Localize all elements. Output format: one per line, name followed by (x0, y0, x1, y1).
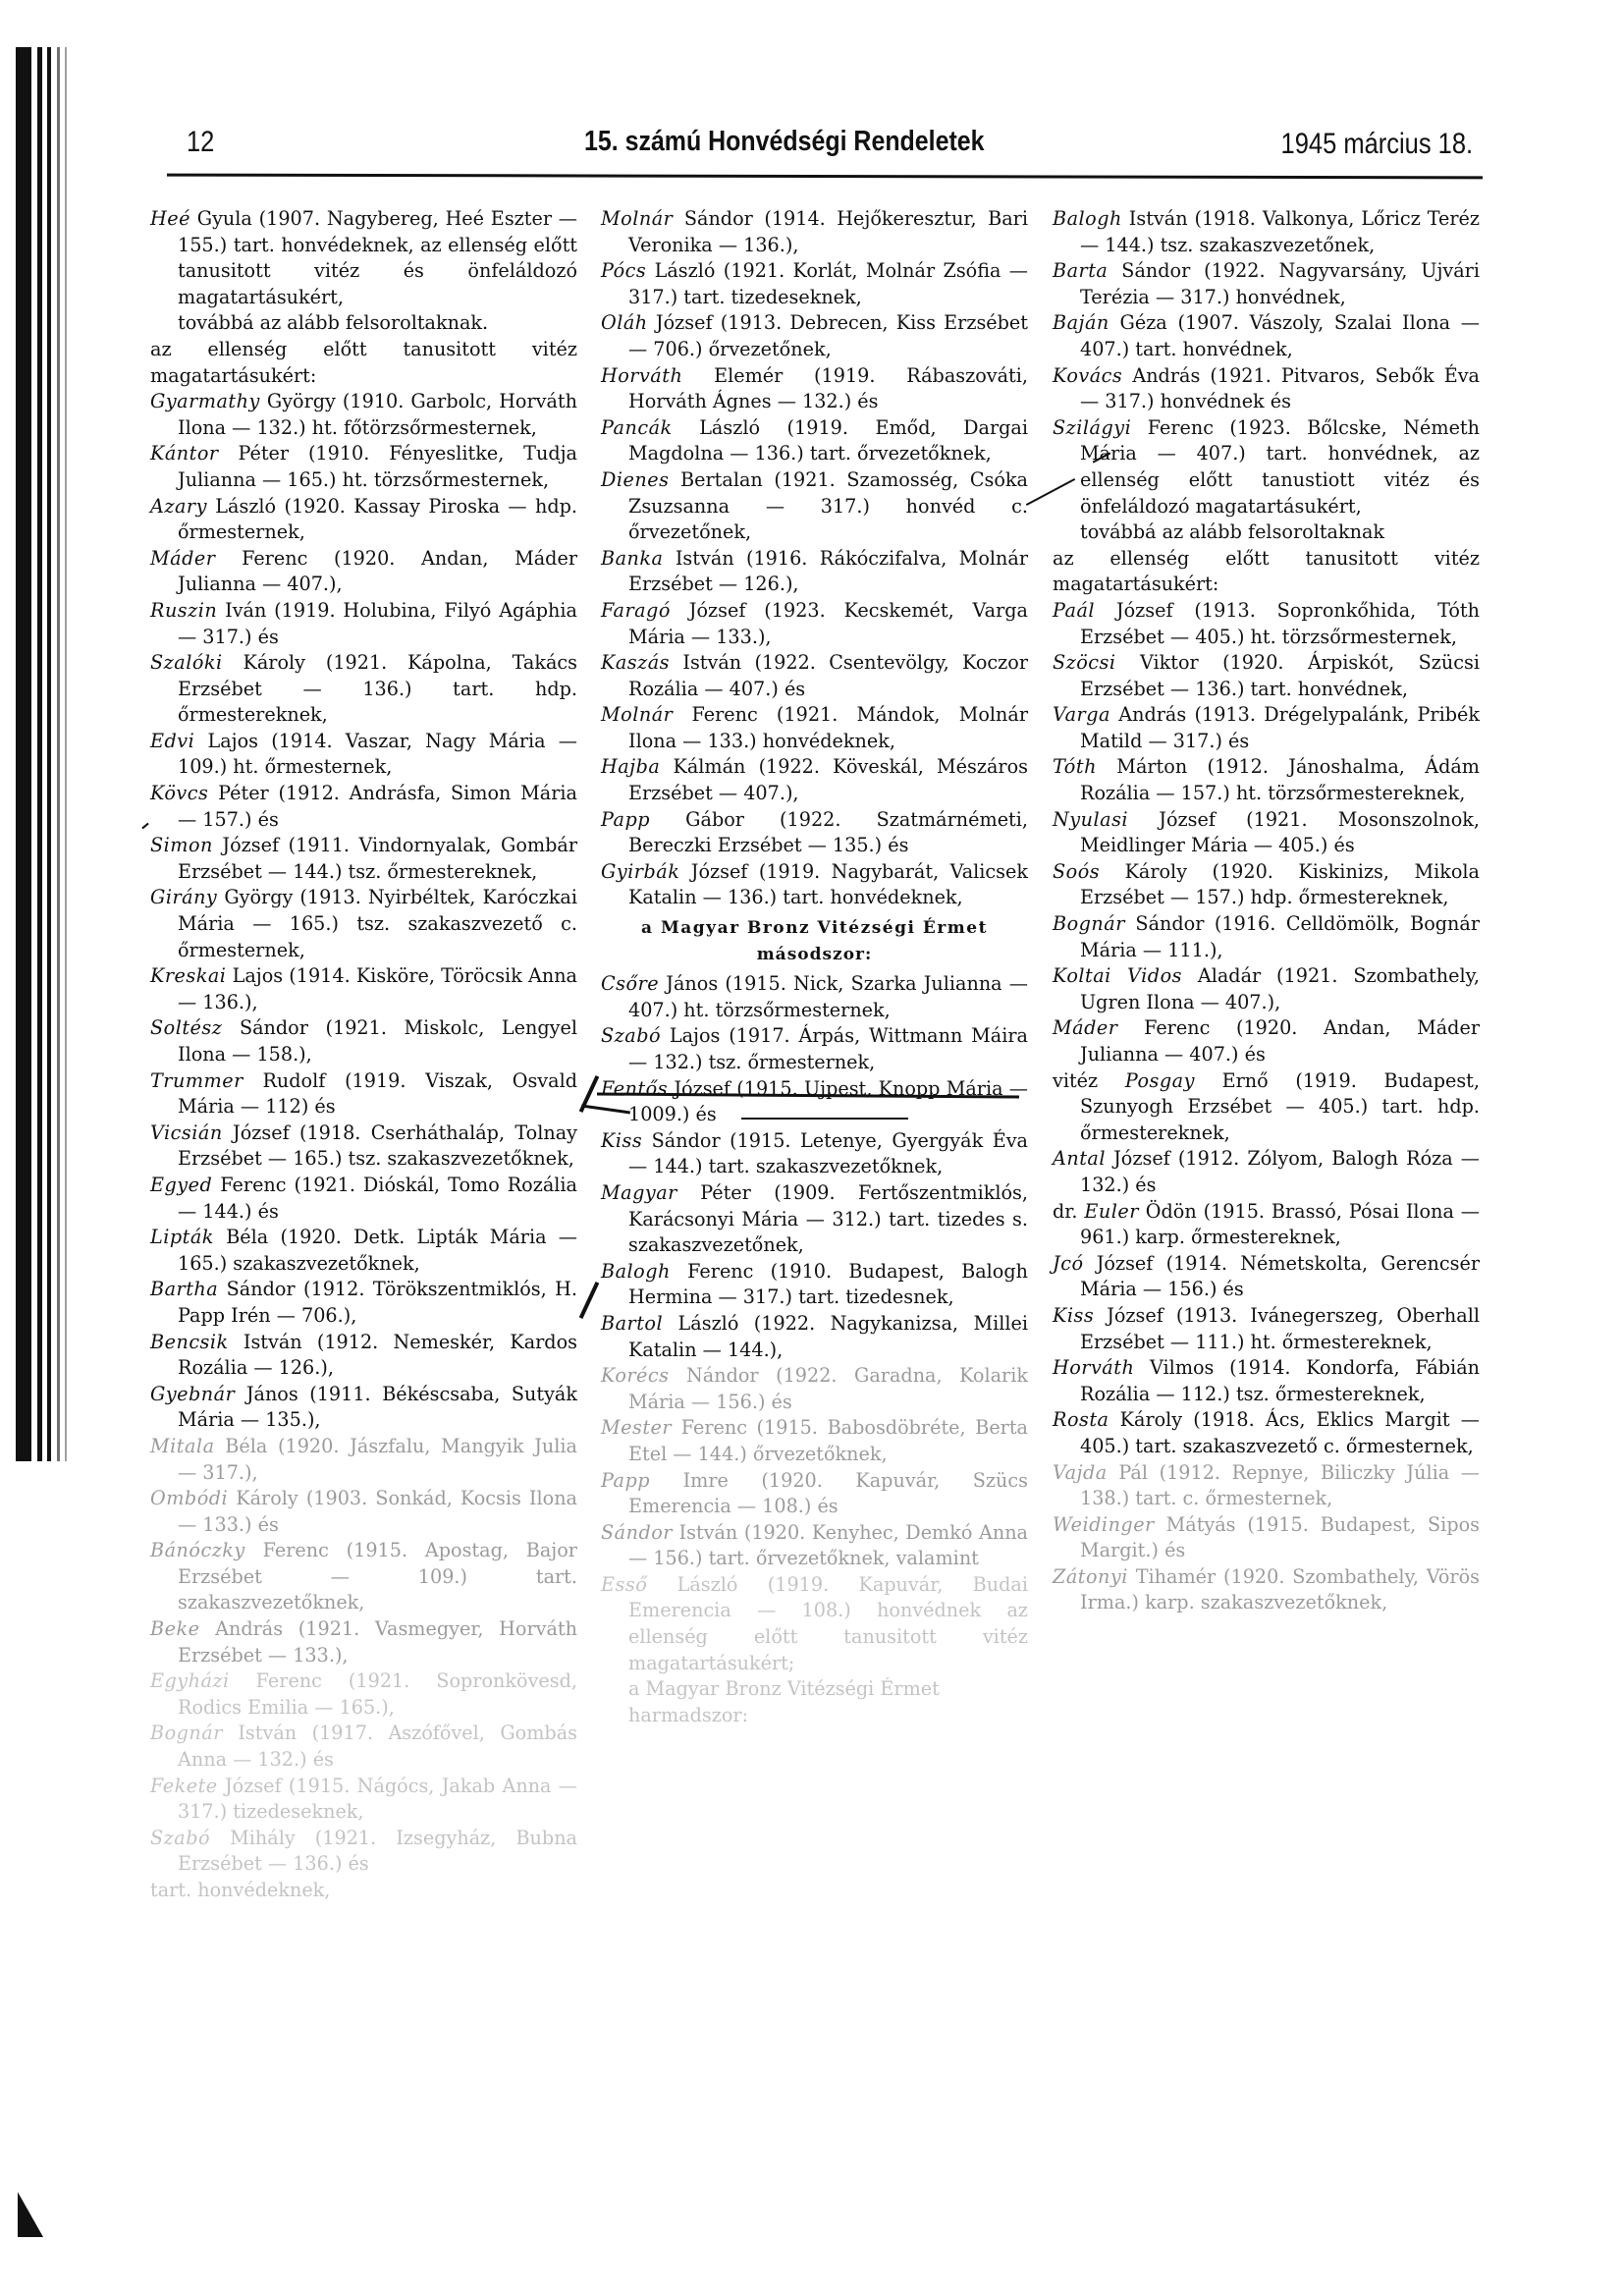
entry-details: József (1913. Ivánegerszeg, Oberhall Erz… (1080, 1304, 1480, 1353)
surname: Bartol (601, 1312, 663, 1335)
entry-details: Lajos (1914. Vaszar, Nagy Mária — 109.) … (178, 730, 577, 779)
surname: Szilágyi (1053, 416, 1131, 439)
decoration-entry: Balogh István (1918. Valkonya, Lőricz Te… (1053, 206, 1480, 258)
issue-date: 1945 március 18. (1280, 128, 1473, 161)
surname: Gyebnár (150, 1383, 235, 1405)
entry-details: Károly (1921. Kápolna, Takács Erzsébet —… (178, 651, 577, 726)
surname: Simon (150, 834, 213, 856)
surname: Horváth (601, 364, 682, 387)
entry-details: József (1913. Debrecen, Kiss Erzsébet — … (628, 311, 1028, 360)
surname: Tóth (1053, 755, 1097, 778)
decoration-entry: Rosta Károly (1918. Ács, Eklics Margit —… (1053, 1407, 1480, 1459)
decoration-entry: Dienes Bertalan (1921. Szamosség, Csóka … (601, 467, 1028, 546)
surname: Bognár (1053, 912, 1125, 935)
entry-details: János (1915. Nick, Szarka Julianna — 407… (628, 972, 1028, 1021)
pencil-mark (141, 823, 148, 830)
entry-details: József (1923. Kecskemét, Varga Mária — 1… (628, 599, 1028, 648)
surname: Molnár (601, 703, 673, 726)
entry-details: András (1913. Drégelypalánk, Pribék Mati… (1080, 703, 1480, 752)
surname: Vajda (1053, 1461, 1108, 1484)
entry-details: Sándor (1922. Nagyvarsány, Ujvári Terézi… (1080, 259, 1480, 308)
entry-details: Sándor (1912. Törökszentmiklós, H. Papp … (178, 1278, 577, 1327)
decoration-entry: Girány György (1913. Nyirbéltek, Karóczk… (150, 885, 577, 963)
surname: Bognár (150, 1722, 223, 1744)
decoration-entry: Kaszás István (1922. Csentevölgy, Koczor… (601, 650, 1028, 702)
entry-details: Gyula (1907. Nagybereg, Heé Eszter — 155… (178, 207, 577, 308)
entry-details: Péter (1909. Fertőszentmiklós, Karácsony… (628, 1181, 1028, 1256)
decoration-entry: Antal József (1912. Zólyom, Balogh Róza … (1053, 1146, 1480, 1198)
entry-details: Márton (1912. Jánoshalma, Ádám Rozália —… (1080, 755, 1480, 804)
decoration-entry: Azary László (1920. Kassay Piroska — hdp… (150, 494, 577, 546)
entry-details: Imre (1920. Kapuvár, Szücs Emerencia — 1… (628, 1469, 1028, 1518)
scan-corner-mark (18, 2192, 43, 2237)
decoration-entry: Kiss József (1913. Ivánegerszeg, Oberhal… (1053, 1303, 1480, 1355)
decoration-entry: Fentős József (1915. Ujpest, Knopp Mária… (601, 1076, 1028, 1128)
name-prefix: dr. (1053, 1200, 1084, 1223)
surname: Szöcsi (1053, 651, 1116, 674)
surname: Azary (150, 495, 207, 518)
header-rule (167, 174, 1483, 180)
page-header: 12 15. számú Honvédségi Rendeletek 1945 … (167, 126, 1473, 173)
entry-details: József (1914. Németskolta, Gerencsér Már… (1080, 1252, 1480, 1301)
decoration-entry: Pancák László (1919. Emőd, Dargai Magdol… (601, 415, 1028, 467)
entry-details: István (1920. Kenyhec, Demkó Anna — 156.… (628, 1521, 1028, 1570)
decoration-entry: Horváth Vilmos (1914. Kondorfa, Fábián R… (1053, 1355, 1480, 1407)
body-paragraph: az ellenség előtt tanusitott vitéz magat… (150, 337, 577, 389)
decoration-entry: Sándor István (1920. Kenyhec, Demkó Anna… (601, 1520, 1028, 1572)
entry-details: Iván (1919. Holubina, Filyó Agáphia — 31… (178, 599, 577, 648)
entry-details: József (1915. Nágócs, Jakab Anna — 317.)… (178, 1775, 577, 1824)
surname: Varga (1053, 703, 1110, 726)
decoration-entry: Csőre János (1915. Nick, Szarka Julianna… (601, 971, 1028, 1023)
surname: Mitala (150, 1435, 215, 1457)
decoration-entry: Vicsián József (1918. Cserháthaláp, Toln… (150, 1121, 577, 1173)
entry-details: István (1917. Aszófővel, Gombás Anna — 1… (178, 1722, 577, 1771)
decoration-entry: Bognár István (1917. Aszófővel, Gombás A… (150, 1721, 577, 1773)
decoration-entry: Balogh Ferenc (1910. Budapest, Balogh He… (601, 1259, 1028, 1311)
surname: Papp (601, 808, 650, 831)
surname: Barta (1053, 259, 1108, 282)
decoration-entry: Molnár Sándor (1914. Hejőkeresztur, Bari… (601, 206, 1028, 258)
surname: Kiss (1053, 1304, 1094, 1327)
surname: Heé (150, 207, 190, 230)
surname: Lipták (150, 1226, 214, 1248)
entry-details: Bertalan (1921. Szamosség, Csóka Zsuzsan… (628, 468, 1028, 543)
surname: Baján (1053, 311, 1109, 334)
surname: Banka (601, 547, 663, 570)
entry-details: Lajos (1914. Kisköre, Töröcsik Anna — 13… (178, 964, 577, 1013)
entry-details: Péter (1912. Andrásfa, Simon Mária — 157… (178, 782, 577, 831)
entry-details: István (1916. Rákóczifalva, Molnár Erzsé… (628, 547, 1028, 596)
entry-details: József (1919. Nagybarát, Valicsek Katali… (628, 860, 1028, 909)
surname: Szalóki (150, 651, 223, 674)
surname: Horváth (1053, 1356, 1134, 1379)
decoration-entry: Zátonyi Tihamér (1920. Szombathely, Vörö… (1053, 1564, 1480, 1616)
surname: Máder (150, 547, 215, 570)
surname: Kovács (1053, 364, 1122, 387)
entry-details: Béla (1920. Detk. Lipták Mária — 165.) s… (178, 1226, 577, 1275)
decoration-entry: Ruszin Iván (1919. Holubina, Filyó Agáph… (150, 598, 577, 650)
surname: Rosta (1053, 1408, 1109, 1431)
entry-details: Vilmos (1914. Kondorfa, Fábián Rozália —… (1080, 1356, 1480, 1405)
decoration-entry: Kántor Péter (1910. Fényeslitke, Tudja J… (150, 441, 577, 493)
surname: Nyulasi (1053, 808, 1128, 831)
entry-details: Kálmán (1922. Köveskál, Mészáros Erzsébe… (628, 755, 1028, 804)
surname: Antal (1053, 1147, 1106, 1170)
entry-details: Géza (1907. Vászoly, Szalai Ilona — 407.… (1080, 311, 1480, 360)
entry-details: József (1912. Zólyom, Balogh Róza — 132.… (1080, 1147, 1480, 1196)
entry-details: András (1921. Pitvaros, Sebők Éva — 317.… (1080, 364, 1480, 413)
decoration-entry: Pócs László (1921. Korlát, Molnár Zsófia… (601, 258, 1028, 310)
surname: Fentős (601, 1077, 668, 1100)
decoration-entry: Korécs Nándor (1922. Garadna, Kolarik Má… (601, 1363, 1028, 1415)
decoration-entry: Mester Ferenc (1915. Babosdöbréte, Berta… (601, 1415, 1028, 1467)
surname: Egyed (150, 1174, 212, 1196)
decoration-entry: Oláh József (1913. Debrecen, Kiss Erzséb… (601, 310, 1028, 362)
surname: Egyházi (150, 1669, 230, 1692)
decoration-entry: Tóth Márton (1912. Jánoshalma, Ádám Rozá… (1053, 754, 1480, 806)
decoration-entry: Bognár Sándor (1916. Celldömölk, Bognár … (1053, 911, 1480, 963)
surname: Csőre (601, 972, 659, 995)
pencil-mark (579, 1282, 600, 1319)
entry-details: Ferenc (1910. Budapest, Balogh Hermina —… (628, 1260, 1028, 1309)
decoration-entry: Egyed Ferenc (1921. Dióskál, Tomo Rozáli… (150, 1173, 577, 1225)
column-right: Balogh István (1918. Valkonya, Lőricz Te… (1053, 206, 1480, 1616)
section-title: a Magyar Bronz Vitézségi Érmet (641, 918, 988, 938)
section-heading: a Magyar Bronz Vitézségi Érmetmásodszor: (601, 915, 1028, 967)
surname: Euler (1084, 1200, 1139, 1223)
surname: Fekete (150, 1775, 218, 1797)
decoration-entry: Kovács András (1921. Pitvaros, Sebők Éva… (1053, 363, 1480, 415)
entry-details: László (1922. Nagykanizsa, Millei Katali… (628, 1312, 1028, 1361)
decoration-entry: Bánóczky Ferenc (1915. Apostag, Bajor Er… (150, 1538, 577, 1616)
decoration-entry: Szalóki Károly (1921. Kápolna, Takács Er… (150, 650, 577, 729)
decoration-entry: Hajba Kálmán (1922. Köveskál, Mészáros E… (601, 754, 1028, 806)
decoration-entry: Trummer Rudolf (1919. Viszak, Osvald Már… (150, 1068, 577, 1121)
decoration-entry: Varga András (1913. Drégelypalánk, Pribé… (1053, 702, 1480, 754)
entry-details: Károly (1918. Ács, Eklics Margit — 405.)… (1080, 1408, 1480, 1457)
surname: Ruszin (150, 599, 217, 622)
decoration-entry: Koltai Vidos Aladár (1921. Szombathely, … (1053, 963, 1480, 1015)
name-prefix: vitéz (1053, 1069, 1125, 1092)
entry-details: Mihály (1921. Izsegyház, Bubna Erzsébet … (178, 1827, 577, 1876)
surname: Koltai Vidos (1053, 964, 1182, 987)
entry-details: Károly (1920. Kiskinizs, Mikola Erzsébet… (1080, 860, 1480, 909)
decoration-entry: Barta Sándor (1922. Nagyvarsány, Ujvári … (1053, 258, 1480, 310)
entry-details: Ferenc (1915. Babosdöbréte, Berta Etel —… (628, 1416, 1028, 1465)
surname: Sándor (601, 1521, 673, 1544)
decoration-entry: Fekete József (1915. Nágócs, Jakab Anna … (150, 1774, 577, 1826)
decoration-entry: Papp Gábor (1922. Szatmárnémeti, Bereczk… (601, 807, 1028, 859)
surname: Kövcs (150, 782, 208, 804)
surname: Ombódi (150, 1487, 228, 1509)
entry-details: Ferenc (1921. Mándok, Molnár Ilona — 133… (628, 703, 1028, 752)
surname: Máder (1053, 1016, 1117, 1039)
decoration-entry: Máder Ferenc (1920. Andan, Máder Juliann… (150, 546, 577, 598)
entry-details: Sándor (1916. Celldömölk, Bognár Mária —… (1080, 912, 1480, 961)
entry-details: József (1911. Vindornyalak, Gombár Erzsé… (178, 834, 577, 883)
entry-details: Sándor (1914. Hejőkeresztur, Bari Veroni… (628, 207, 1028, 256)
surname: Bánóczky (150, 1539, 245, 1561)
surname: Papp (601, 1469, 650, 1492)
entry-details: Ferenc (1920. Andan, Máder Julianna — 40… (178, 547, 577, 596)
surname: Szabó (150, 1827, 210, 1849)
surname: Gyarmathy (150, 390, 260, 412)
section-subtitle: másodszor: (601, 942, 1028, 968)
entry-details: József (1918. Cserháthaláp, Tolnay Erzsé… (178, 1121, 577, 1171)
decoration-entry: dr. Euler Ödön (1915. Brassó, Pósai Ilon… (1053, 1199, 1480, 1251)
surname: Paál (1053, 599, 1095, 622)
decoration-entry: Kövcs Péter (1912. Andrásfa, Simon Mária… (150, 781, 577, 833)
entry-details: Ferenc (1920. Andan, Máder Julianna — 40… (1080, 1016, 1480, 1066)
entry-details: Ferenc (1921. Dióskál, Tomo Rozália — 14… (178, 1174, 577, 1223)
entry-details: Ödön (1915. Brassó, Pósai Ilona — 961.) … (1080, 1200, 1480, 1249)
surname: Kántor (150, 442, 219, 465)
surname: Magyar (601, 1181, 677, 1204)
entry-details: György (1913. Nyirbéltek, Karóczkai Mári… (178, 886, 577, 960)
decoration-entry: Vajda Pál (1912. Repnye, Biliczky Júlia … (1053, 1460, 1480, 1512)
decoration-entry: Lipták Béla (1920. Detk. Lipták Mária — … (150, 1225, 577, 1277)
scan-binding-edge (14, 47, 75, 1461)
decoration-entry: Banka István (1916. Rákóczifalva, Molnár… (601, 546, 1028, 598)
surname: Kaszás (601, 651, 670, 674)
surname: Zátonyi (1053, 1565, 1128, 1588)
decoration-entry: Szabó Mihály (1921. Izsegyház, Bubna Erz… (150, 1826, 577, 1878)
entry-details: András (1921. Vasmegyer, Horváth Erzsébe… (178, 1617, 577, 1667)
surname: Bencsik (150, 1331, 229, 1353)
entry-details: Ferenc (1923. Bőlcske, Németh Mária — 40… (1080, 416, 1480, 518)
entry-details: Sándor (1921. Miskolc, Lengyel Ilona — 1… (178, 1016, 577, 1066)
decoration-entry: Bartha Sándor (1912. Törökszentmiklós, H… (150, 1277, 577, 1329)
entry-details: István (1912. Nemeskér, Kardos Rozália —… (178, 1331, 577, 1380)
decoration-entry: Szabó Lajos (1917. Árpás, Wittmann Máira… (601, 1023, 1028, 1075)
entry-details: Pál (1912. Repnye, Biliczky Júlia — 138.… (1080, 1461, 1480, 1510)
surname: Beke (150, 1617, 199, 1640)
column-middle: Molnár Sándor (1914. Hejőkeresztur, Bari… (601, 206, 1028, 1728)
entry-details: László (1920. Kassay Piroska — hdp. őrme… (178, 495, 577, 544)
decoration-entry: Edvi Lajos (1914. Vaszar, Nagy Mária — 1… (150, 729, 577, 781)
surname: Gyirbák (601, 860, 679, 883)
body-paragraph: tart. honvédeknek, (150, 1878, 577, 1904)
column-left: Heé Gyula (1907. Nagybereg, Heé Eszter —… (150, 206, 577, 1904)
surname: Molnár (601, 207, 673, 230)
entry-details: József (1913. Sopronkőhida, Tóth Erzsébe… (1080, 599, 1480, 648)
entry-details: László (1919. Kapuvár, Budai Emerencia —… (628, 1573, 1028, 1674)
body-paragraph: harmadszor: (601, 1703, 1028, 1729)
surname: Szabó (601, 1024, 661, 1047)
entry-details: István (1918. Valkonya, Lőricz Teréz — 1… (1080, 207, 1480, 256)
decoration-entry: Simon József (1911. Vindornyalak, Gombár… (150, 833, 577, 885)
entry-details: Lajos (1917. Árpás, Wittmann Máira — 132… (628, 1024, 1028, 1073)
surname: Edvi (150, 730, 194, 752)
decoration-entry: Baján Géza (1907. Vászoly, Szalai Ilona … (1053, 310, 1480, 362)
decoration-entry: Paál József (1913. Sopronkőhida, Tóth Er… (1053, 598, 1480, 650)
entry-details: László (1919. Emőd, Dargai Magdolna — 13… (628, 416, 1028, 465)
decoration-entry: Esső László (1919. Kapuvár, Budai Emeren… (601, 1572, 1028, 1676)
surname: Oláh (601, 311, 648, 334)
decoration-entry: Ombódi Károly (1903. Sonkád, Kocsis Ilon… (150, 1486, 577, 1538)
decoration-entry: Mitala Béla (1920. Jászfalu, Mangyik Jul… (150, 1434, 577, 1486)
surname: Faragó (601, 599, 671, 622)
body-paragraph: továbbá az alább felsoroltaknak. (150, 310, 577, 337)
surname: Balogh (601, 1260, 671, 1283)
surname: Trummer (150, 1069, 243, 1092)
decoration-entry: Soltész Sándor (1921. Miskolc, Lengyel I… (150, 1015, 577, 1067)
entry-details: Nándor (1922. Garadna, Kolarik Mária — 1… (628, 1364, 1028, 1413)
decoration-entry: Heé Gyula (1907. Nagybereg, Heé Eszter —… (150, 206, 577, 310)
entry-details: Péter (1910. Fényeslitke, Tudja Julianna… (178, 442, 577, 491)
decoration-entry: Nyulasi József (1921. Mosonszolnok, Meid… (1053, 807, 1480, 859)
decoration-entry: Kreskai Lajos (1914. Kisköre, Töröcsik A… (150, 963, 577, 1015)
decoration-entry: Magyar Péter (1909. Fertőszentmiklós, Ka… (601, 1180, 1028, 1259)
decoration-entry: Gyirbák József (1919. Nagybarát, Valicse… (601, 859, 1028, 911)
decoration-entry: Faragó József (1923. Kecskemét, Varga Má… (601, 598, 1028, 650)
surname: Kiss (601, 1129, 642, 1152)
entry-details: Károly (1903. Sonkád, Kocsis Ilona — 133… (178, 1487, 577, 1536)
entry-details: Tihamér (1920. Szombathely, Vörös Irma.)… (1080, 1565, 1480, 1614)
surname: Girány (150, 886, 217, 908)
surname: Balogh (1053, 207, 1122, 230)
decoration-entry: Szilágyi Ferenc (1923. Bőlcske, Németh M… (1053, 415, 1480, 519)
entry-details: János (1911. Békéscsaba, Sutyák Mária — … (178, 1383, 577, 1432)
surname: Soltész (150, 1016, 222, 1039)
surname: Mester (601, 1416, 672, 1439)
surname: Korécs (601, 1364, 670, 1387)
surname: Kreskai (150, 964, 226, 987)
decoration-entry: Papp Imre (1920. Kapuvár, Szücs Emerenci… (601, 1468, 1028, 1520)
entry-details: József (1921. Mosonszolnok, Meidlinger M… (1080, 808, 1480, 857)
body-paragraph: továbbá az alább felsoroltaknak (1053, 519, 1480, 546)
decoration-entry: Máder Ferenc (1920. Andan, Máder Juliann… (1053, 1015, 1480, 1067)
entry-details: Sándor (1915. Letenye, Gyergyák Éva — 14… (628, 1129, 1028, 1178)
decoration-entry: Gyarmathy György (1910. Garbolc, Horváth… (150, 389, 577, 441)
entry-details: Gábor (1922. Szatmárnémeti, Bereczki Erz… (628, 808, 1028, 857)
entry-details: Ferenc (1921. Sopronkövesd, Rodics Emili… (178, 1669, 577, 1719)
surname: Posgay (1125, 1069, 1195, 1092)
decoration-entry: Soós Károly (1920. Kiskinizs, Mikola Erz… (1053, 859, 1480, 911)
entry-details: István (1922. Csentevölgy, Koczor Rozáli… (628, 651, 1028, 700)
decoration-entry: Weidinger Mátyás (1915. Budapest, Sipos … (1053, 1512, 1480, 1564)
decoration-entry: Jcó József (1914. Németskolta, Gerencsér… (1053, 1251, 1480, 1303)
surname: Dienes (601, 468, 669, 491)
surname: Pócs (601, 259, 646, 282)
body-paragraph: a Magyar Bronz Vitézségi Érmet (601, 1676, 1028, 1703)
surname: Vicsián (150, 1121, 223, 1144)
decoration-entry: Bartol László (1922. Nagykanizsa, Millei… (601, 1311, 1028, 1363)
surname: Bartha (150, 1278, 218, 1300)
publication-title: 15. számú Honvédségi Rendeletek (584, 126, 985, 158)
surname: Hajba (601, 755, 660, 778)
entry-details: László (1921. Korlát, Molnár Zsófia — 31… (628, 259, 1028, 308)
surname: Soós (1053, 860, 1100, 883)
surname: Pancák (601, 416, 673, 439)
decoration-entry: Gyebnár János (1911. Békéscsaba, Sutyák … (150, 1382, 577, 1434)
decoration-entry: Horváth Elemér (1919. Rábaszováti, Horvá… (601, 363, 1028, 415)
entry-details: Viktor (1920. Árpiskót, Szücsi Erzsébet … (1080, 651, 1480, 700)
decoration-entry: Szöcsi Viktor (1920. Árpiskót, Szücsi Er… (1053, 650, 1480, 702)
surname: Weidinger (1053, 1513, 1155, 1536)
decoration-entry: Beke András (1921. Vasmegyer, Horváth Er… (150, 1616, 577, 1668)
decoration-entry: vitéz Posgay Ernő (1919. Budapest, Szuny… (1053, 1068, 1480, 1147)
surname: Jcó (1053, 1252, 1084, 1275)
page-number: 12 (187, 126, 214, 159)
entry-details: Béla (1920. Jászfalu, Mangyik Julia — 31… (178, 1435, 577, 1484)
decoration-entry: Molnár Ferenc (1921. Mándok, Molnár Ilon… (601, 702, 1028, 754)
decoration-entry: Bencsik István (1912. Nemeskér, Kardos R… (150, 1330, 577, 1382)
surname: Esső (601, 1573, 647, 1596)
decoration-entry: Egyházi Ferenc (1921. Sopronkövesd, Rodi… (150, 1668, 577, 1721)
entry-details: Elemér (1919. Rábaszováti, Horváth Ágnes… (628, 364, 1028, 413)
pencil-mark (741, 1118, 908, 1120)
decoration-entry: Kiss Sándor (1915. Letenye, Gyergyák Éva… (601, 1128, 1028, 1180)
body-paragraph: az ellenség előtt tanusitott vitéz magat… (1053, 546, 1480, 598)
